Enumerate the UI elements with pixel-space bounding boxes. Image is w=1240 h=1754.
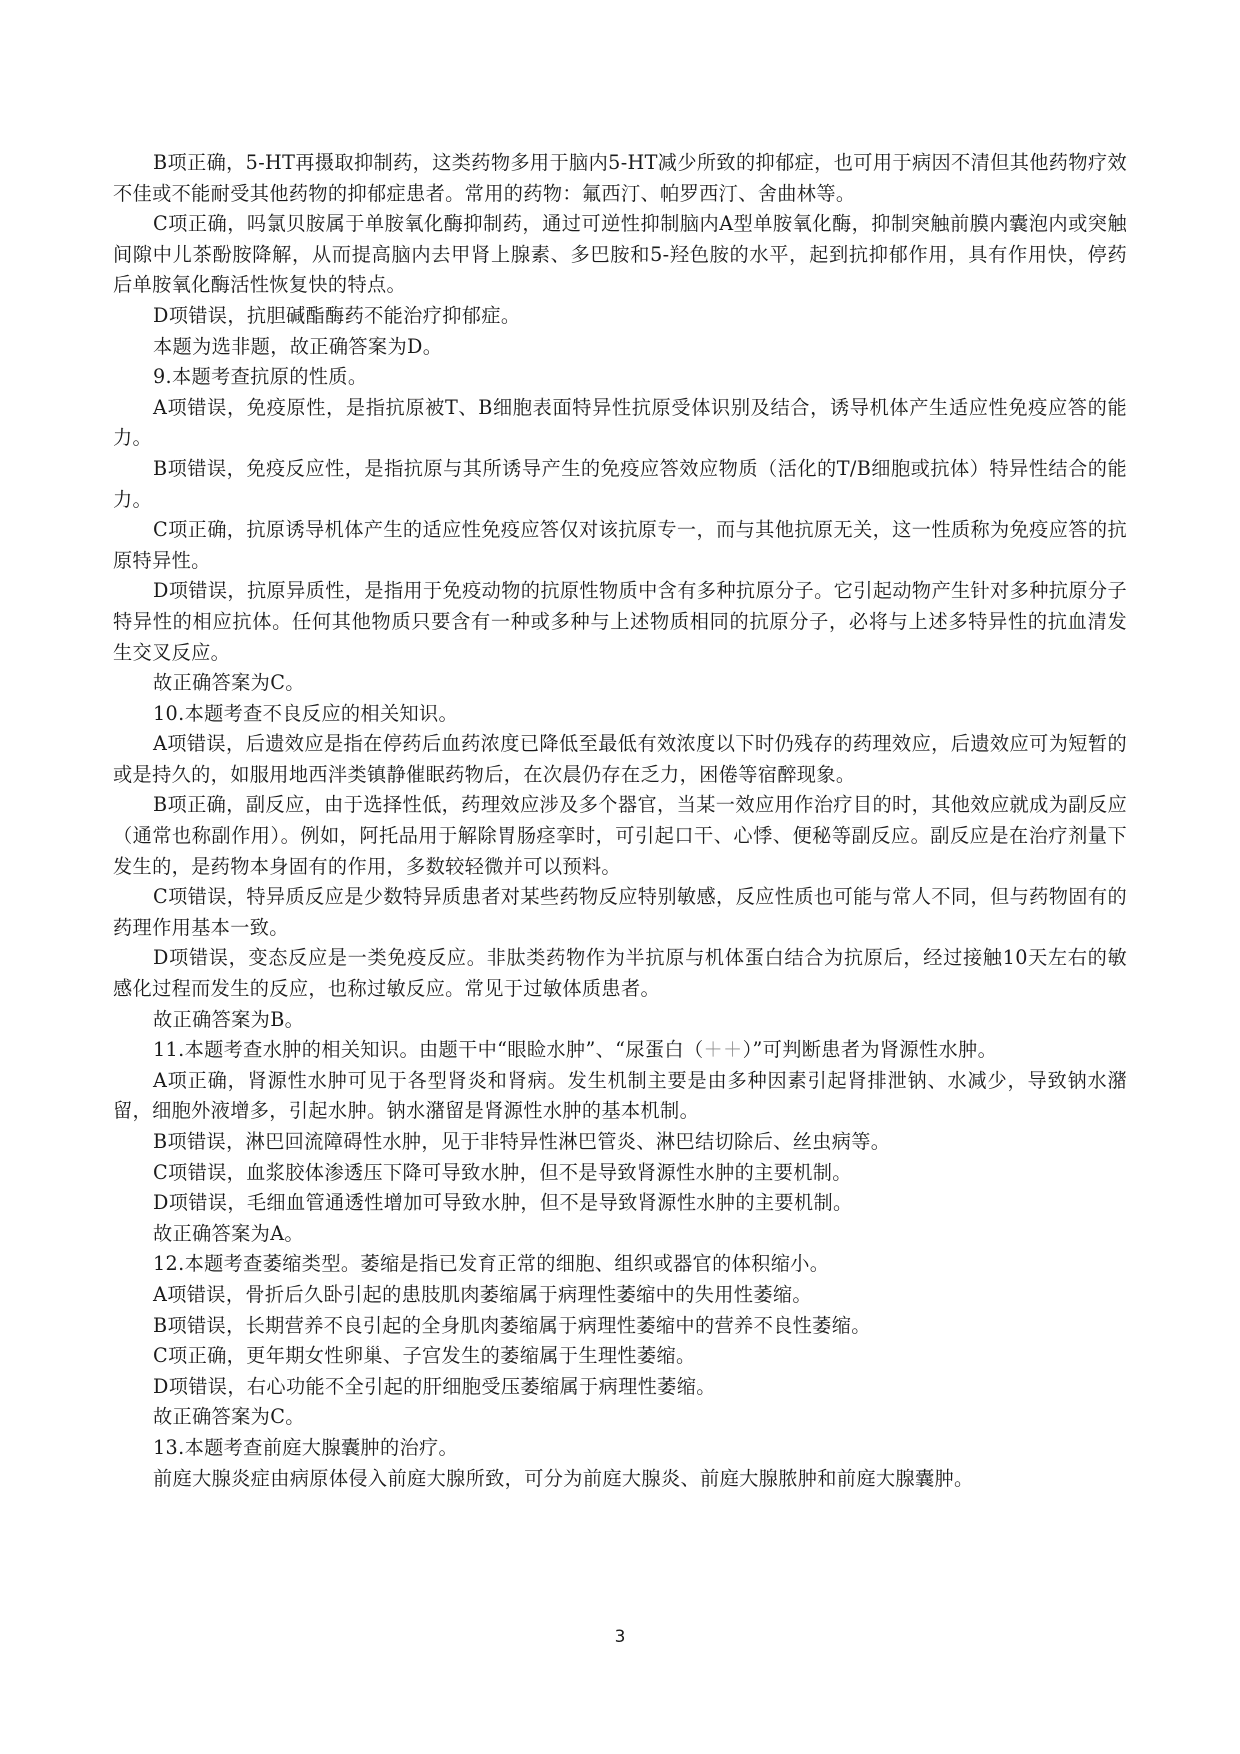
- answer-q12: 故正确答案为C。: [113, 1402, 1127, 1433]
- question-10-heading: 10.本题考查不良反应的相关知识。: [113, 699, 1127, 730]
- paragraph-b-correct-ssri: B项正确，5-HT再摄取抑制药，这类药物多用于脑内5-HT减少所致的抑郁症，也可…: [113, 148, 1127, 209]
- q11-heading-part-1: 11.本题考查水肿的相关知识。由题干中“眼睑水肿”、“尿蛋白（: [153, 1038, 703, 1061]
- q11-heading-part-3: ）”可判断患者为肾源性水肿。: [743, 1038, 998, 1061]
- q10-option-c: C项错误，特异质反应是少数特异质患者对某些药物反应特别敏感，反应性质也可能与常人…: [113, 882, 1127, 943]
- answer-q8: 本题为选非题，故正确答案为D。: [113, 332, 1127, 363]
- paragraph-c-correct-moclobemide: C项正确，吗氯贝胺属于单胺氧化酶抑制药，通过可逆性抑制脑内A型单胺氧化酶，抑制突…: [113, 209, 1127, 301]
- q11-option-a: A项正确，肾源性水肿可见于各型肾炎和肾病。发生机制主要是由多种因素引起肾排泄钠、…: [113, 1066, 1127, 1127]
- page-number: 3: [0, 1627, 1240, 1647]
- question-12-heading: 12.本题考查萎缩类型。萎缩是指已发育正常的细胞、组织或器官的体积缩小。: [113, 1249, 1127, 1280]
- q13-intro: 前庭大腺炎症由病原体侵入前庭大腺所致，可分为前庭大腺炎、前庭大腺脓肿和前庭大腺囊…: [113, 1464, 1127, 1495]
- q12-option-b: B项错误，长期营养不良引起的全身肌肉萎缩属于病理性萎缩中的营养不良性萎缩。: [113, 1311, 1127, 1342]
- q12-option-d: D项错误，右心功能不全引起的肝细胞受压萎缩属于病理性萎缩。: [113, 1372, 1127, 1403]
- q12-option-c: C项正确，更年期女性卵巢、子宫发生的萎缩属于生理性萎缩。: [113, 1341, 1127, 1372]
- q9-option-b: B项错误，免疫反应性，是指抗原与其所诱导产生的免疫应答效应物质（活化的T/B细胞…: [113, 454, 1127, 515]
- paragraph-d-wrong-anticholinesterase: D项错误，抗胆碱酯酶药不能治疗抑郁症。: [113, 301, 1127, 332]
- document-page: B项正确，5-HT再摄取抑制药，这类药物多用于脑内5-HT减少所致的抑郁症，也可…: [0, 0, 1240, 1754]
- answer-q9: 故正确答案为C。: [113, 668, 1127, 699]
- q12-option-a: A项错误，骨折后久卧引起的患肢肌肉萎缩属于病理性萎缩中的失用性萎缩。: [113, 1280, 1127, 1311]
- question-11-heading: 11.本题考查水肿的相关知识。由题干中“眼睑水肿”、“尿蛋白（＋＋）”可判断患者…: [113, 1035, 1127, 1066]
- q11-option-c: C项错误，血浆胶体渗透压下降可导致水肿，但不是导致肾源性水肿的主要机制。: [113, 1158, 1127, 1189]
- document-body: B项正确，5-HT再摄取抑制药，这类药物多用于脑内5-HT减少所致的抑郁症，也可…: [113, 148, 1127, 1494]
- question-9-heading: 9.本题考查抗原的性质。: [113, 362, 1127, 393]
- q9-option-a: A项错误，免疫原性，是指抗原被T、B细胞表面特异性抗原受体识别及结合，诱导机体产…: [113, 393, 1127, 454]
- question-13-heading: 13.本题考查前庭大腺囊肿的治疗。: [113, 1433, 1127, 1464]
- q9-option-d: D项错误，抗原异质性，是指用于免疫动物的抗原性物质中含有多种抗原分子。它引起动物…: [113, 576, 1127, 668]
- q9-option-c: C项正确，抗原诱导机体产生的适应性免疫应答仅对该抗原专一，而与其他抗原无关，这一…: [113, 515, 1127, 576]
- answer-q11: 故正确答案为A。: [113, 1219, 1127, 1250]
- q10-option-b: B项正确，副反应，由于选择性低，药理效应涉及多个器官，当某一效应用作治疗目的时，…: [113, 790, 1127, 882]
- q11-plus-plus: ＋＋: [703, 1038, 742, 1061]
- q10-option-d: D项错误，变态反应是一类免疫反应。非肽类药物作为半抗原与机体蛋白结合为抗原后，经…: [113, 943, 1127, 1004]
- q10-option-a: A项错误，后遗效应是指在停药后血药浓度已降低至最低有效浓度以下时仍残存的药理效应…: [113, 729, 1127, 790]
- answer-q10: 故正确答案为B。: [113, 1005, 1127, 1036]
- q11-option-b: B项错误，淋巴回流障碍性水肿，见于非特异性淋巴管炎、淋巴结切除后、丝虫病等。: [113, 1127, 1127, 1158]
- q11-option-d: D项错误，毛细血管通透性增加可导致水肿，但不是导致肾源性水肿的主要机制。: [113, 1188, 1127, 1219]
